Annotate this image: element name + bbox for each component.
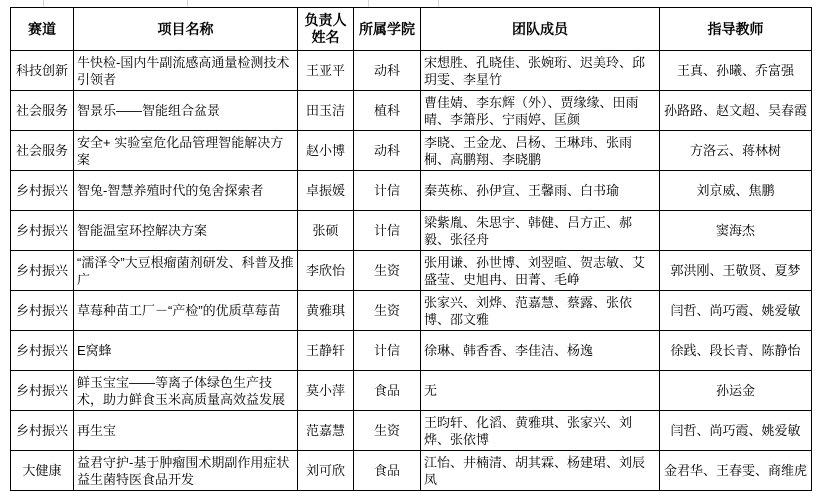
cell-leader: 卓振媛 [298, 171, 354, 211]
table-row: 乡村振兴E窝蜂王静轩计信徐琳、韩香香、李佳洁、杨逸徐践、段长青、陈静怡 [11, 331, 812, 371]
table-row: 乡村振兴再生宝范嘉慧生资王昀轩、化滔、黄雅琪、张家兴、刘烨、张依博闫哲、尚巧霞、… [11, 411, 812, 451]
cell-members: 曹佳婧、李东辉（外）、贾缘缘、田雨晴、李箫彤、宁雨婷、匡颜 [421, 91, 660, 131]
cell-college: 计信 [354, 331, 421, 371]
cell-advisors: 孙路路、赵文超、吴春霞 [660, 91, 812, 131]
cell-advisors: 方洛云、蒋林树 [660, 131, 812, 171]
cell-track: 乡村振兴 [11, 291, 74, 331]
header-row: 赛道 项目名称 负责人姓名 所属学院 团队成员 指导教师 [11, 8, 812, 51]
spreadsheet-page: 赛道 项目名称 负责人姓名 所属学院 团队成员 指导教师 科技创新牛快检-国内牛… [0, 0, 816, 491]
cell-advisors: 刘京威、焦鹏 [660, 171, 812, 211]
cell-advisors: 孙运金 [660, 371, 812, 411]
excel-gridline-tick [368, 0, 369, 7]
col-header-college: 所属学院 [354, 8, 421, 51]
cell-college: 食品 [354, 451, 421, 491]
cell-project: 牛快检-国内牛副流感高通量检测技术引领者 [74, 51, 298, 91]
col-header-track: 赛道 [11, 8, 74, 51]
table-row: 科技创新牛快检-国内牛副流感高通量检测技术引领者王亚平动科宋想胜、孔晓佳、张婉珩… [11, 51, 812, 91]
cell-college: 动科 [354, 51, 421, 91]
cell-advisors: 闫哲、尚巧霞、姚爱敏 [660, 411, 812, 451]
cell-project: “濡泽令”大豆根瘤菌剂研发、科普及推广 [74, 251, 298, 291]
cell-members: 秦英栋、孙伊宣、王馨雨、白书瑜 [421, 171, 660, 211]
cell-college: 动科 [354, 131, 421, 171]
excel-gridline-tick [187, 0, 188, 7]
cell-project: 智景乐——智能组合盆景 [74, 91, 298, 131]
cell-track: 乡村振兴 [11, 371, 74, 411]
cell-college: 计信 [354, 211, 421, 251]
cell-track: 乡村振兴 [11, 251, 74, 291]
cell-leader: 范嘉慧 [298, 411, 354, 451]
cell-advisors: 金君华、王春雯、商维虎 [660, 451, 812, 491]
cell-members: 李晓、王金龙、吕杨、王琳玮、张雨桐、高鹏翔、李晓鹏 [421, 131, 660, 171]
cell-track: 乡村振兴 [11, 331, 74, 371]
cell-advisors: 王真、孙曦、乔富强 [660, 51, 812, 91]
table-row: 乡村振兴草莓种苗工厂－“产检”的优质草莓苗黄雅琪生资张家兴、刘烨、范嘉慧、蔡露、… [11, 291, 812, 331]
cell-project: 智兔-智慧养殖时代的兔舍探索者 [74, 171, 298, 211]
cell-college: 生资 [354, 291, 421, 331]
cell-track: 乡村振兴 [11, 171, 74, 211]
table-row: 社会服务安全+ 实验室危化品管理智能解决方案赵小博动科李晓、王金龙、吕杨、王琳玮… [11, 131, 812, 171]
cell-members: 无 [421, 371, 660, 411]
cell-members: 张用谦、孙世博、刘翌暄、贺志敏、艾盛莹、史旭冉、田菁、毛峥 [421, 251, 660, 291]
cell-project: 益君守护-基于肿瘤围术期副作用症状益生菌特医食品开发 [74, 451, 298, 491]
cell-members: 徐琳、韩香香、李佳洁、杨逸 [421, 331, 660, 371]
cell-members: 江怡、井楠清、胡其霖、杨建珺、刘辰凤 [421, 451, 660, 491]
cell-leader: 田玉洁 [298, 91, 354, 131]
cell-leader: 李欣怡 [298, 251, 354, 291]
col-header-leader: 负责人姓名 [298, 8, 354, 51]
cell-project: 再生宝 [74, 411, 298, 451]
cell-college: 植科 [354, 91, 421, 131]
cell-track: 科技创新 [11, 51, 74, 91]
cell-college: 生资 [354, 411, 421, 451]
cell-members: 梁紫胤、朱思宇、韩健、吕方正、郝毅、张径舟 [421, 211, 660, 251]
table-row: 乡村振兴“濡泽令”大豆根瘤菌剂研发、科普及推广李欣怡生资张用谦、孙世博、刘翌暄、… [11, 251, 812, 291]
cell-members: 张家兴、刘烨、范嘉慧、蔡露、张依博、邵文雅 [421, 291, 660, 331]
cell-leader: 赵小博 [298, 131, 354, 171]
cell-leader: 王亚平 [298, 51, 354, 91]
cell-project: 鲜玉宝宝——等离子体绿色生产技术，助力鲜食玉米高质量高效益发展 [74, 371, 298, 411]
cell-members: 宋想胜、孔晓佳、张婉珩、迟美玲、邱玥雯、李星竹 [421, 51, 660, 91]
cell-advisors: 闫哲、尚巧霞、姚爱敏 [660, 291, 812, 331]
cell-track: 乡村振兴 [11, 211, 74, 251]
cell-advisors: 徐践、段长青、陈静怡 [660, 331, 812, 371]
table-row: 社会服务智景乐——智能组合盆景田玉洁植科曹佳婧、李东辉（外）、贾缘缘、田雨晴、李… [11, 91, 812, 131]
cell-project: 安全+ 实验室危化品管理智能解决方案 [74, 131, 298, 171]
excel-gridline-tick [438, 0, 439, 7]
cell-track: 大健康 [11, 451, 74, 491]
table-row: 乡村振兴智能温室环控解决方案张硕计信梁紫胤、朱思宇、韩健、吕方正、郝毅、张径舟窦… [11, 211, 812, 251]
cell-track: 乡村振兴 [11, 411, 74, 451]
table-row: 乡村振兴鲜玉宝宝——等离子体绿色生产技术，助力鲜食玉米高质量高效益发展莫小萍食品… [11, 371, 812, 411]
cell-leader: 刘可欣 [298, 451, 354, 491]
table-row: 大健康益君守护-基于肿瘤围术期副作用症状益生菌特医食品开发刘可欣食品江怡、井楠清… [11, 451, 812, 491]
cell-track: 社会服务 [11, 91, 74, 131]
cell-project: 智能温室环控解决方案 [74, 211, 298, 251]
cell-leader: 黄雅琪 [298, 291, 354, 331]
cell-members: 王昀轩、化滔、黄雅琪、张家兴、刘烨、张依博 [421, 411, 660, 451]
cell-college: 计信 [354, 171, 421, 211]
cell-leader: 王静轩 [298, 331, 354, 371]
cell-project: 草莓种苗工厂－“产检”的优质草莓苗 [74, 291, 298, 331]
cell-leader: 张硕 [298, 211, 354, 251]
col-header-advisors: 指导教师 [660, 8, 812, 51]
cell-college: 食品 [354, 371, 421, 411]
projects-table: 赛道 项目名称 负责人姓名 所属学院 团队成员 指导教师 科技创新牛快检-国内牛… [10, 7, 812, 491]
cell-advisors: 郭洪刚、王敬贤、夏梦 [660, 251, 812, 291]
cell-project: E窝蜂 [74, 331, 298, 371]
table-body: 科技创新牛快检-国内牛副流感高通量检测技术引领者王亚平动科宋想胜、孔晓佳、张婉珩… [11, 51, 812, 491]
cell-advisors: 窦海杰 [660, 211, 812, 251]
cell-track: 社会服务 [11, 131, 74, 171]
col-header-project: 项目名称 [74, 8, 298, 51]
cell-leader: 莫小萍 [298, 371, 354, 411]
col-header-members: 团队成员 [421, 8, 660, 51]
cell-college: 生资 [354, 251, 421, 291]
excel-gridline-tick [43, 0, 44, 7]
table-row: 乡村振兴智兔-智慧养殖时代的兔舍探索者卓振媛计信秦英栋、孙伊宣、王馨雨、白书瑜刘… [11, 171, 812, 211]
